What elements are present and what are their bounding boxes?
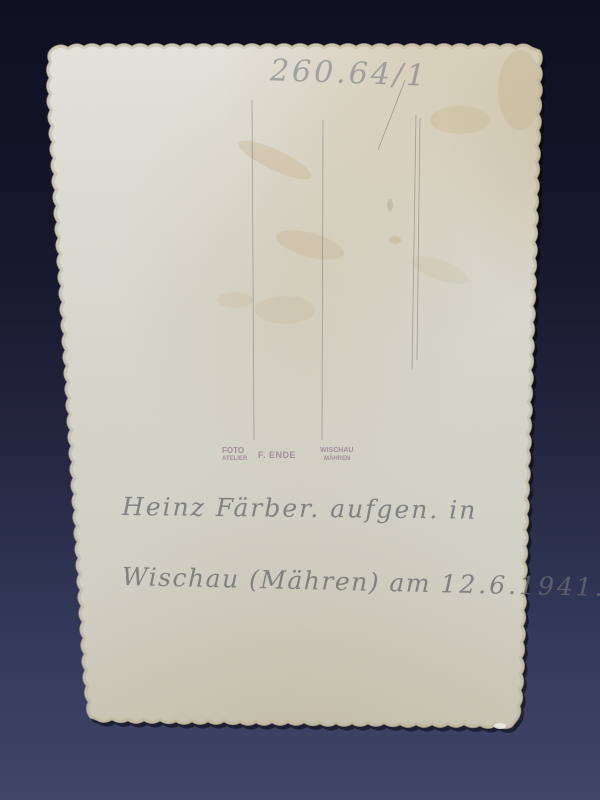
photograph-back-card bbox=[0, 0, 600, 800]
photo-scene: 260.64/1 FOTO ATELIER F. ENDE WISCHAU MÄ… bbox=[0, 0, 600, 800]
